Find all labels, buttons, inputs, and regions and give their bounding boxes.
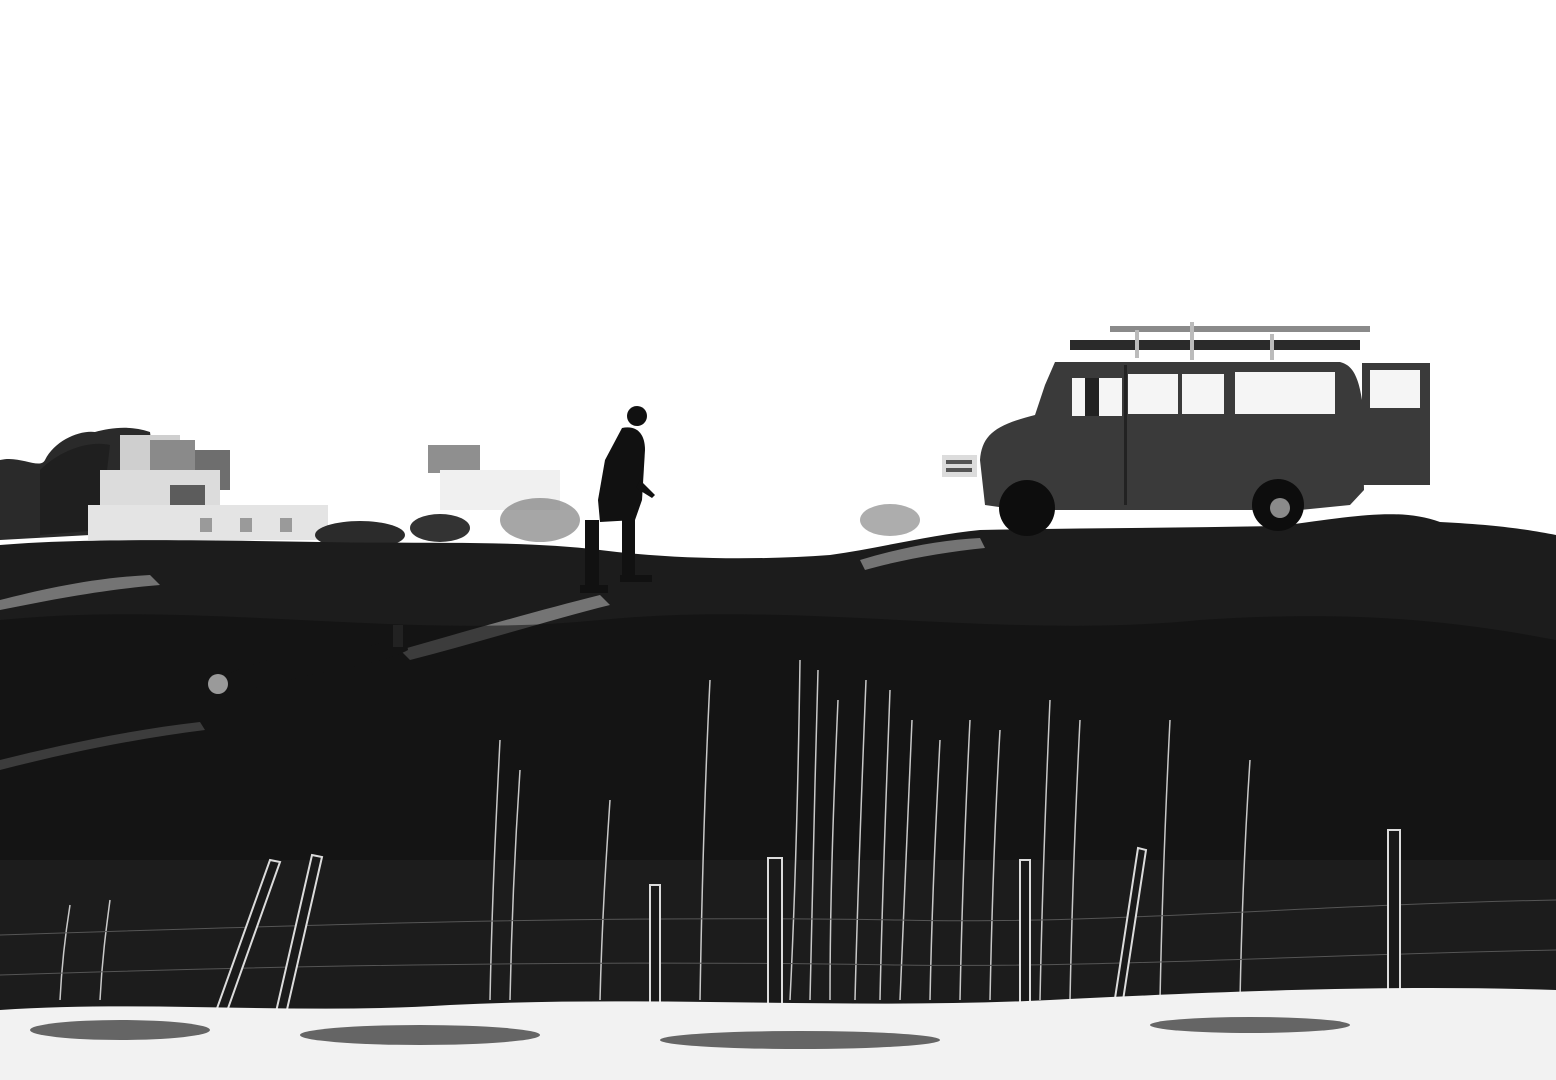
- hill-shadow: [0, 614, 1556, 860]
- photograph: [0, 0, 1556, 1080]
